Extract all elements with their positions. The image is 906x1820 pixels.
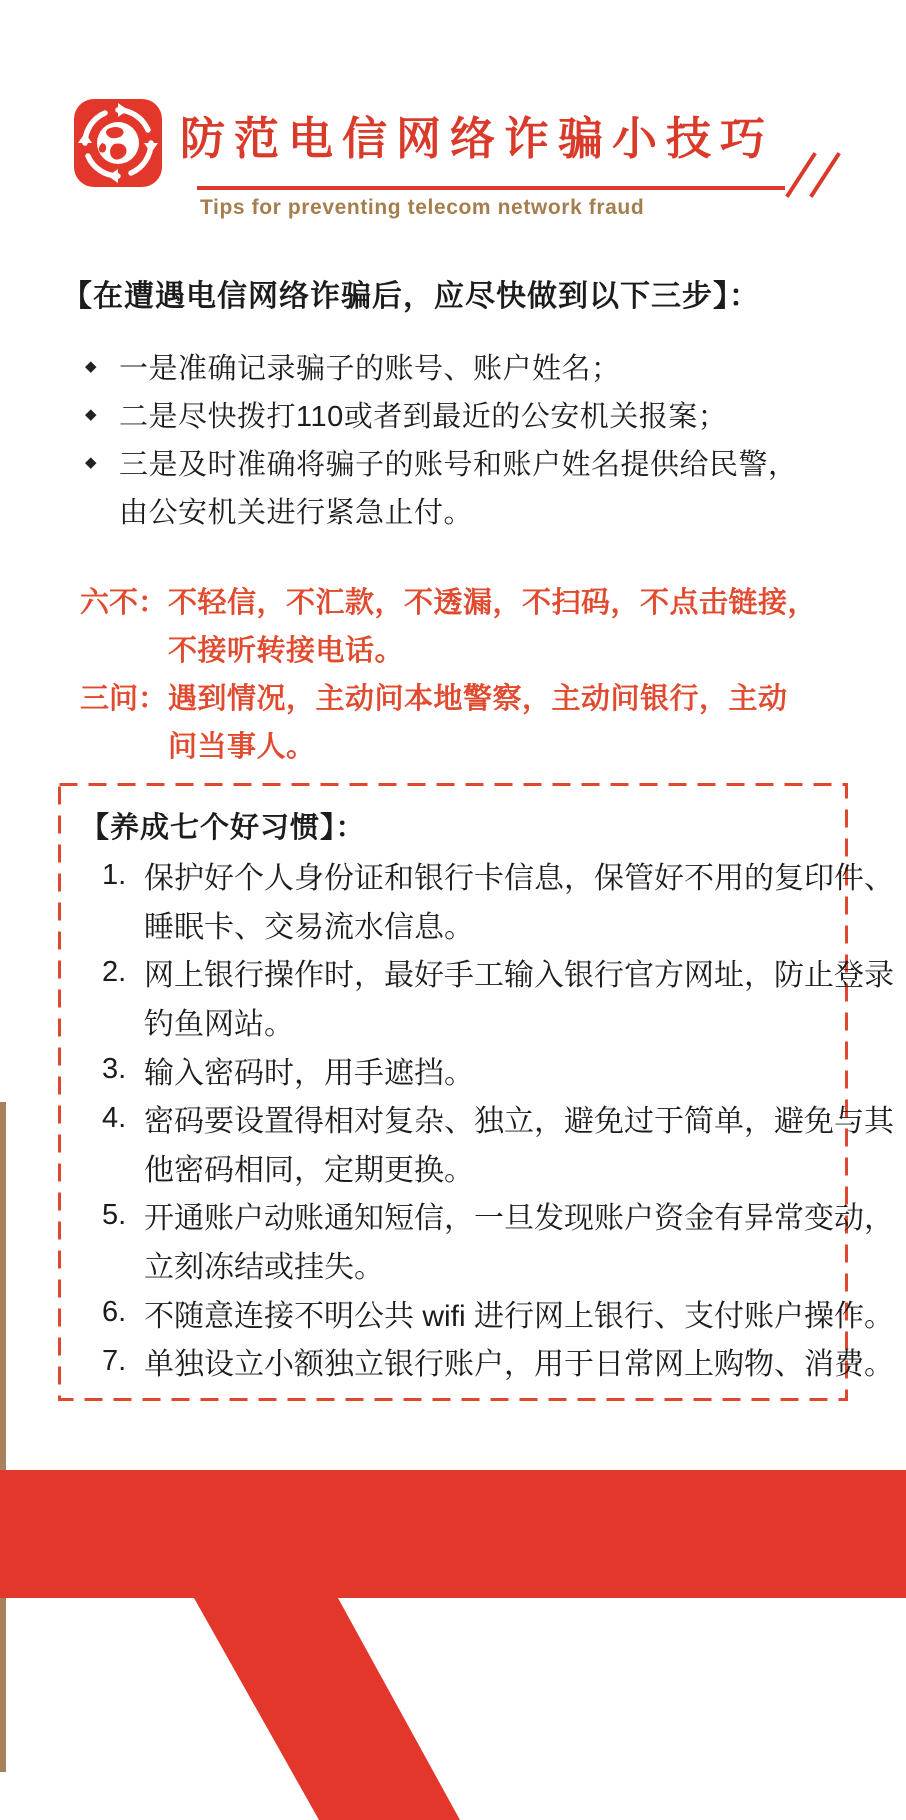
list-item: ◆ 三是及时准确将骗子的账号和账户姓名提供给民警， xyxy=(85,438,875,486)
title-underline xyxy=(197,186,785,190)
list-item: 3. 输入密码时，用手遮挡。 xyxy=(102,1045,842,1094)
fraud-prevention-poster: 防范电信网络诈骗小技巧 Tips for preventing telecom … xyxy=(0,0,906,1820)
slogan-line: 三问： 遇到情况，主动问本地警察，主动问银行，主动 xyxy=(80,672,880,720)
item-number: 3. xyxy=(102,1053,144,1086)
list-item-continuation: 钓鱼网站。 xyxy=(102,997,842,1046)
list-item-text: 由公安机关进行紧急止付。 xyxy=(119,490,473,531)
item-number: 7. xyxy=(102,1345,144,1378)
red-ribbon-decoration xyxy=(0,1470,906,1820)
list-item: 1. 保护好个人身份证和银行卡信息，保管好不用的复印件、 xyxy=(102,851,842,900)
item-text: 单独设立小额独立银行账户，用于日常网上购物、消费。 xyxy=(144,1339,894,1383)
habits-list: 1. 保护好个人身份证和银行卡信息，保管好不用的复印件、 睡眠卡、交易流水信息。… xyxy=(102,851,842,1386)
slogan-line: 不接听转接电话。 xyxy=(80,624,880,672)
item-text: 密码要设置得相对复杂、独立，避免过于简单，避免与其 xyxy=(144,1096,894,1140)
list-item-continuation: 睡眠卡、交易流水信息。 xyxy=(102,900,842,949)
list-item-text: 二是尽快拨打110或者到最近的公安机关报案； xyxy=(119,394,727,435)
diamond-bullet-icon: ◆ xyxy=(85,455,119,470)
item-text: 立刻冻结或挂失。 xyxy=(144,1242,384,1286)
habits-box: 【养成七个好习惯】： 1. 保护好个人身份证和银行卡信息，保管好不用的复印件、 … xyxy=(58,783,848,1401)
three-steps-list: ◆ 一是准确记录骗子的账号、账户姓名； ◆ 二是尽快拨打110或者到最近的公安机… xyxy=(85,342,875,534)
list-item: 7. 单独设立小额独立银行账户，用于日常网上购物、消费。 xyxy=(102,1337,842,1386)
slogan-text: 不轻信，不汇款，不透漏，不扫码，不点击链接， xyxy=(168,580,817,621)
item-text: 保护好个人身份证和银行卡信息，保管好不用的复印件、 xyxy=(144,853,894,897)
item-text: 他密码相同，定期更换。 xyxy=(144,1145,474,1189)
list-item-continuation: 他密码相同，定期更换。 xyxy=(102,1143,842,1192)
list-item: 4. 密码要设置得相对复杂、独立，避免过于简单，避免与其 xyxy=(102,1094,842,1143)
item-number: 6. xyxy=(102,1296,144,1329)
list-item: ◆ 二是尽快拨打110或者到最近的公安机关报案； xyxy=(85,390,875,438)
diamond-bullet-icon: ◆ xyxy=(85,407,119,422)
slogan-line: 问当事人。 xyxy=(80,720,880,768)
item-text: 睡眠卡、交易流水信息。 xyxy=(144,902,474,946)
page-title: 防范电信网络诈骗小技巧 xyxy=(180,102,780,167)
list-item-text: 三是及时准确将骗子的账号和账户姓名提供给民警， xyxy=(119,442,798,483)
slogan-text: 遇到情况，主动问本地警察，主动问银行，主动 xyxy=(168,676,788,717)
item-number: 1. xyxy=(102,859,144,892)
item-text: 不随意连接不明公共 wifi 进行网上银行、支付账户操作。 xyxy=(144,1291,894,1335)
list-item: 2. 网上银行操作时，最好手工输入银行官方网址，防止登录 xyxy=(102,948,842,997)
slogan-line: 六不： 不轻信，不汇款，不透漏，不扫码，不点击链接， xyxy=(80,576,880,624)
slogan-label: 六不： xyxy=(80,580,168,621)
item-text: 输入密码时，用手遮挡。 xyxy=(144,1048,474,1092)
slogan-text: 不接听转接电话。 xyxy=(168,628,404,669)
slogan-label: 三问： xyxy=(80,676,168,717)
diamond-bullet-icon: ◆ xyxy=(85,359,119,374)
item-text: 钓鱼网站。 xyxy=(144,999,294,1043)
item-number: 4. xyxy=(102,1102,144,1135)
slogans-block: 六不： 不轻信，不汇款，不透漏，不扫码，不点击链接， 不接听转接电话。 三问： … xyxy=(80,576,880,768)
page-subtitle: Tips for preventing telecom network frau… xyxy=(200,196,644,220)
list-item: ◆ 一是准确记录骗子的账号、账户姓名； xyxy=(85,342,875,390)
item-number: 2. xyxy=(102,956,144,989)
item-text: 网上银行操作时，最好手工输入银行官方网址，防止登录 xyxy=(144,950,894,994)
list-item-continuation: 立刻冻结或挂失。 xyxy=(102,1240,842,1289)
list-item-continuation: 由公安机关进行紧急止付。 xyxy=(85,486,875,534)
list-item: 5. 开通账户动账通知短信，一旦发现账户资金有异常变动， xyxy=(102,1191,842,1240)
habits-heading: 【养成七个好习惯】： xyxy=(80,805,366,846)
list-item-text: 一是准确记录骗子的账号、账户姓名； xyxy=(119,346,621,387)
globe-arrows-icon xyxy=(74,99,162,187)
slogan-text: 问当事人。 xyxy=(168,724,316,765)
three-steps-heading: 【在遭遇电信网络诈骗后，应尽快做到以下三步】： xyxy=(62,271,760,315)
item-number: 5. xyxy=(102,1199,144,1232)
list-item: 6. 不随意连接不明公共 wifi 进行网上银行、支付账户操作。 xyxy=(102,1288,842,1337)
item-text: 开通账户动账通知短信，一旦发现账户资金有异常变动， xyxy=(144,1193,894,1237)
double-slash-icon xyxy=(809,152,841,198)
